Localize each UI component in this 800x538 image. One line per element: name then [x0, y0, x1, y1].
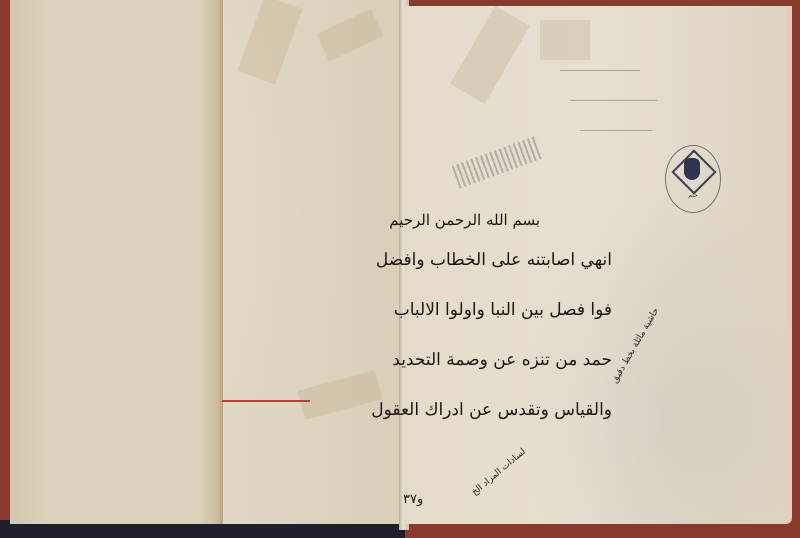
text-line: فوا فصل بين النبا واولوا الالباب — [394, 300, 612, 320]
basmala-text: بسم الله الرحمن الرحيم — [389, 210, 540, 230]
text-line: والقياس وتقدس عن ادراك العقول — [371, 400, 612, 420]
stamp-label: ختم — [666, 192, 720, 199]
blank-flyleaf — [10, 0, 223, 524]
text-line: حمد من تنزه عن وصمة التحديد — [392, 350, 612, 370]
faint-marginalia: ـــــــــــــــــــــــ — [570, 90, 658, 105]
faint-marginalia: ـــــــــــــــــــــ — [560, 60, 640, 75]
hand-seal-icon — [684, 158, 700, 180]
background-surface — [0, 522, 400, 538]
repair-tape — [540, 20, 590, 60]
folio-mark: و٣٧ — [403, 492, 423, 507]
text-line: انهي اصابتنه على الخطاب وافضل — [376, 250, 612, 270]
faint-marginalia: ـــــــــــــــــــ — [580, 120, 652, 135]
rubric-line — [222, 400, 310, 402]
owner-stamp: ختم — [665, 145, 721, 213]
manuscript-photo: والحديث والصلوة على افضل من ارسل لتبليغ … — [0, 0, 800, 538]
